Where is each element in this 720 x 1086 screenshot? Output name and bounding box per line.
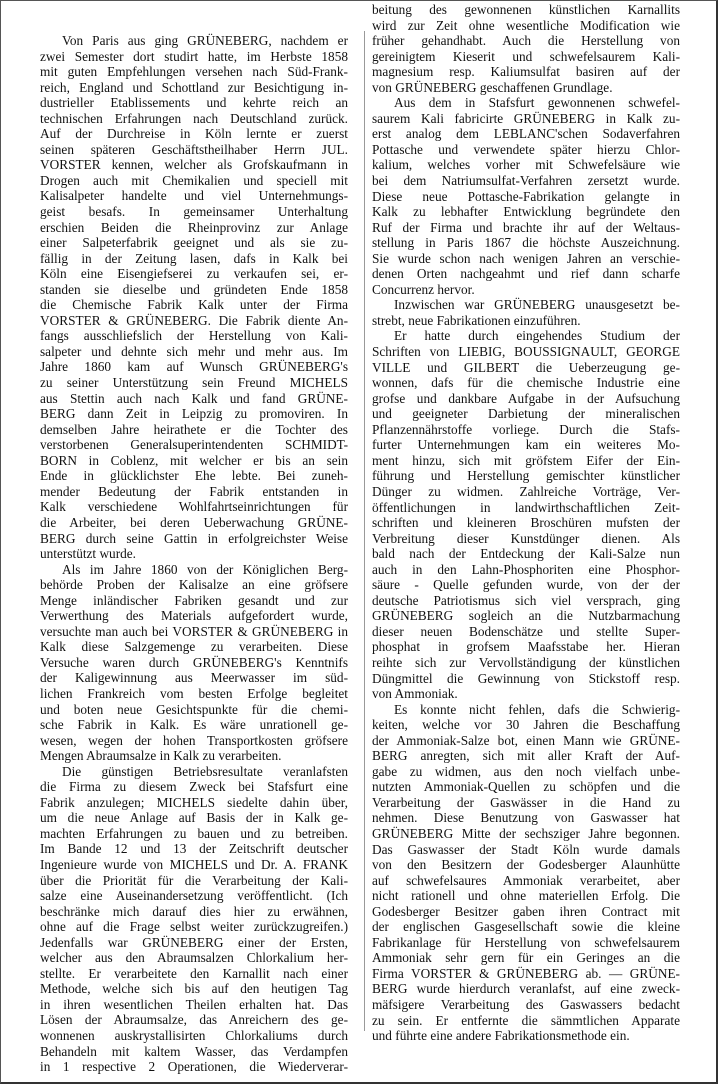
text-line: wird zur Zeit ohne wesentliche Modificat… xyxy=(372,18,680,34)
text-line: saurem Kali fabricirte GRÜNEBERG in Kalk… xyxy=(372,111,680,127)
text-line: Pottasche und verwendete später hierzu C… xyxy=(372,142,680,158)
text-line: in 1 respective 2 Operationen, die Wiede… xyxy=(40,1059,348,1075)
text-line: versuchte man auch bei VORSTER & GRÜNEBE… xyxy=(40,624,348,640)
text-line: Ruf der Firma und brachte ihr auf der We… xyxy=(372,220,680,236)
text-line: wonnenen auskrystallisirten Chlorkaliums… xyxy=(40,1028,348,1044)
text-line: BERG anregten, sich mit aller Kraft der … xyxy=(372,748,680,764)
text-line: GRÜNEBERG Mitte der sechsziger Jahre beg… xyxy=(372,826,680,842)
text-line: phosphat in grofsem Maafsstabe her. Hier… xyxy=(372,639,680,655)
text-line: Drogen auch mit Chemikalien und speciell… xyxy=(40,173,348,189)
text-line: mit guten Empfehlungen versehen nach Süd… xyxy=(40,64,348,80)
text-line: Mengen Abraumsalze in Kalk zu verarbeite… xyxy=(40,748,348,764)
text-line: fangs ausschliefslich der Herstellung vo… xyxy=(40,328,348,344)
text-line: dustrieller Etablissements und kehrte re… xyxy=(40,95,348,111)
text-line: beschränke mich darauf dies hier zu erwä… xyxy=(40,904,348,920)
text-line: Schriften von LIEBIG, BOUSSIGNAULT, GEOR… xyxy=(372,344,680,360)
text-line: Aus dem in Stafsfurt gewonnenen schwefel… xyxy=(372,95,680,111)
text-line: mender Bedeutung der Fabrik entstanden i… xyxy=(40,484,348,500)
text-line: Jedenfalls war GRÜNEBERG einer der Erste… xyxy=(40,935,348,951)
text-line: die Arbeiter, bei deren Ueberwachung GRÜ… xyxy=(40,515,348,531)
text-line: reihte sich zur Vervollständigung der kü… xyxy=(372,655,680,671)
text-line: Lösen der Abraumsalze, das Anreichern de… xyxy=(40,1012,348,1028)
text-line: Diese neue Pottasche-Fabrikation gelangt… xyxy=(372,189,680,205)
text-line: zu sein. Er entfernte die sämmtlichen Ap… xyxy=(372,1013,680,1029)
text-line: nehmen. Diese Benutzung von Gaswasser ha… xyxy=(372,810,680,826)
text-line: Ende in glücklichster Ehe lebte. Bei zun… xyxy=(40,468,348,484)
text-line: der Kaligewinnung aus Meerwasser im süd- xyxy=(40,670,348,686)
text-line: Kalk zu lebhafter Entwicklung begründete… xyxy=(372,204,680,220)
text-line: Von Paris aus ging GRÜNEBERG, nachdem er xyxy=(40,33,348,49)
text-line: säure - Quelle gefunden wurde, von der d… xyxy=(372,577,680,593)
text-line: machten Erfahrungen zu bauen und zu betr… xyxy=(40,826,348,842)
text-line: einer Salpeterfabrik geeignet und als si… xyxy=(40,235,348,251)
text-line: deutsche Patriotismus sich viel versprac… xyxy=(372,593,680,609)
text-line: auf schwefelsaures Ammoniak verarbeitet,… xyxy=(372,873,680,889)
text-line: und geeigneter Darbietung der mineralisc… xyxy=(372,406,680,422)
text-line: Ammoniak sehr gern für ein Geringes an d… xyxy=(372,950,680,966)
text-line: Die günstigen Betriebsresultate veranlaf… xyxy=(40,764,348,780)
text-line: kalium, welches vorher mit Schwefelsäure… xyxy=(372,157,680,173)
text-line: BERG durch seine Gattin in erfolgreichst… xyxy=(40,531,348,547)
text-line: Das Gaswasser der Stadt Köln wurde damal… xyxy=(372,842,680,858)
text-line: grofse und dankbare Aufgabe in der Aufsu… xyxy=(372,391,680,407)
text-line: Verbreitung dieser Kunstdünger dienen. A… xyxy=(372,531,680,547)
text-line: Kalk verschiedene Wohlfahrtseinrichtunge… xyxy=(40,499,348,515)
text-line: sche Fabrik in Kalk. Es wäre unrationell… xyxy=(40,717,348,733)
text-line: salpeter und dehnte sich mehr und mehr a… xyxy=(40,344,348,360)
text-line: der englischen Gasgesellschaft sowie die… xyxy=(372,919,680,935)
text-line: von GRÜNEBERG geschaffenen Grundlage. xyxy=(372,80,680,96)
text-line: dieser neuen Bodenschätze und stellte Su… xyxy=(372,624,680,640)
text-line: salze eine Auseinandersetzung veröffentl… xyxy=(40,888,348,904)
text-line: welcher aus den Abraumsalzen Chlorkalium… xyxy=(40,950,348,966)
text-line: beitung des gewonnenen künstlichen Karna… xyxy=(372,2,680,18)
text-line: nutzten Ammoniak-Quellen zu schöpfen und… xyxy=(372,779,680,795)
text-line: bei dem Natriumsulfat-Verfahren zersetzt… xyxy=(372,173,680,189)
text-line: geist besafs. In gemeinsamer Unterhaltun… xyxy=(40,204,348,220)
text-line: reich, England und Schottland zur Besich… xyxy=(40,80,348,96)
text-line: strebt, neue Fabrikationen einzuführen. xyxy=(372,313,680,329)
text-line: führung und Herstellung gemischter künst… xyxy=(372,468,680,484)
text-line: Fabrikanlage für Herstellung von schwefe… xyxy=(372,935,680,951)
left-column: Von Paris aus ging GRÜNEBERG, nachdem er… xyxy=(40,33,348,1075)
text-line: Inzwischen war GRÜNEBERG unausgesetzt be… xyxy=(372,297,680,313)
text-line: technischen Erfahrungen nach Deutschland… xyxy=(40,111,348,127)
text-line: GRÜNEBERG sogleich an die Nutzbarmachung xyxy=(372,608,680,624)
text-line: Kalk diese Salzgemenge zu verarbeiten. D… xyxy=(40,639,348,655)
text-line: schriften und kleineren Broschüren mufst… xyxy=(372,515,680,531)
text-line: stellte. Er verarbeitete den Karnallit n… xyxy=(40,966,348,982)
text-line: magnesium resp. Kaliumsulfat basiren auf… xyxy=(372,64,680,80)
text-line: bald nach der Entdeckung der Kali-Salze … xyxy=(372,546,680,562)
text-line: ohne auf die Frage selbst weiter zurückz… xyxy=(40,919,348,935)
column-divider xyxy=(364,31,365,1031)
text-line: mäfsigere Verarbeitung des Gaswassers be… xyxy=(372,997,680,1013)
text-line: verstorbenen Generalsuperintendenten SCH… xyxy=(40,437,348,453)
text-line: die Firma zu diesem Zweck bei Stafsfurt … xyxy=(40,779,348,795)
text-line: stellung in Paris 1867 die höchste Ausze… xyxy=(372,235,680,251)
text-line: Auf der Durchreise in Köln lernte er zue… xyxy=(40,126,348,142)
text-line: BORN in Coblenz, mit welcher er bis an s… xyxy=(40,453,348,469)
text-line: fällig in der Zeitung lasen, dafs in Kal… xyxy=(40,251,348,267)
text-line: Behandeln mit kaltem Wasser, das Verdamp… xyxy=(40,1044,348,1060)
text-line: Kalisalpeter handelte und viel Unternehm… xyxy=(40,188,348,204)
text-line: auch in den Lahn-Phosphoriten eine Phosp… xyxy=(372,562,680,578)
text-line: Versuche waren durch GRÜNEBERG's Kenntni… xyxy=(40,655,348,671)
text-line: Sie wurde schon nach wenigen Jahren an v… xyxy=(372,251,680,267)
text-line: und boten neue Gesichtspunkte für die ch… xyxy=(40,702,348,718)
text-line: wesen, wegen der hohen Transportkosten g… xyxy=(40,733,348,749)
text-line: Im Bande 12 und 13 der Zeitschrift deuts… xyxy=(40,841,348,857)
text-line: keiten, welche vor 30 Jahren die Beschaf… xyxy=(372,717,680,733)
document-page: Von Paris aus ging GRÜNEBERG, nachdem er… xyxy=(0,0,718,1084)
text-line: nicht rationell und ohne materiellen Erf… xyxy=(372,888,680,904)
text-line: Firma VORSTER & GRÜNEBERG ab. — GRÜNE- xyxy=(372,966,680,982)
text-line: lichen Frankreich vom besten Erfolge beg… xyxy=(40,686,348,702)
text-line: demselben Jahre heirathete er die Tochte… xyxy=(40,422,348,438)
text-line: furter Unternehmungen kam ein weiteres M… xyxy=(372,437,680,453)
text-line: VILLE und GILBERT die Ueberzeugung ge- xyxy=(372,360,680,376)
text-line: wonnen, dafs für die chemische Industrie… xyxy=(372,375,680,391)
text-line: standen sie dieselbe und gründeten Ende … xyxy=(40,282,348,298)
text-line: über die Priorität für die Verarbeitung … xyxy=(40,873,348,889)
text-line: Godesberger Besitzer gaben ihren Contrac… xyxy=(372,904,680,920)
text-line: zwei Semester dort studirt hatte, im Her… xyxy=(40,49,348,65)
text-line: öffentlichungen in landwirthschaftlichen… xyxy=(372,500,680,516)
text-line: Fabrik anzulegen; MICHELS siedelte dahin… xyxy=(40,795,348,811)
text-line: Pflanzennährstoffe vorliege. Durch die S… xyxy=(372,422,680,438)
text-line: seinen späteren Geschäftstheilhaber Herr… xyxy=(40,142,348,158)
text-line: Verarbeitung der Gaswässer in die Hand z… xyxy=(372,795,680,811)
right-column: beitung des gewonnenen künstlichen Karna… xyxy=(372,2,680,1044)
text-line: Er hatte durch eingehendes Studium der xyxy=(372,328,680,344)
text-line: erst analog dem LEBLANC'schen Sodaverfah… xyxy=(372,126,680,142)
text-line: aus Stettin auch nach Kalk und fand GRÜN… xyxy=(40,391,348,407)
text-line: Concurrenz hervor. xyxy=(372,282,680,298)
text-line: Methode, welche sich bis auf den heutige… xyxy=(40,981,348,997)
text-line: BERG wurde hierdurch veranlafst, auf ein… xyxy=(372,981,680,997)
text-line: Düngmittel die Gewinnung von Stickstoff … xyxy=(372,671,680,687)
text-line: unterstützt wurde. xyxy=(40,546,348,562)
text-line: früher gehandhabt. Auch die Herstellung … xyxy=(372,33,680,49)
text-line: gabe zu widmen, aus den noch vielfach un… xyxy=(372,764,680,780)
text-line: der Ammoniak-Salze bot, einen Mann wie G… xyxy=(372,733,680,749)
text-line: VORSTER kennen, welcher als Grofskaufman… xyxy=(40,157,348,173)
text-line: von Ammoniak. xyxy=(372,686,680,702)
text-line: behörde Proben der Kalisalze an eine grö… xyxy=(40,577,348,593)
text-line: in ihren wesentlichen Theilen erhalten h… xyxy=(40,997,348,1013)
text-line: Als im Jahre 1860 von der Königlichen Be… xyxy=(40,562,348,578)
text-line: denen Orten nachgeahmt und rief dann sch… xyxy=(372,266,680,282)
text-line: Dünger zu widmen. Zahlreiche Vorträge, V… xyxy=(372,484,680,500)
text-line: Es konnte nicht fehlen, dafs die Schwier… xyxy=(372,702,680,718)
text-line: gereinigtem Kieserit und schwefelsaurem … xyxy=(372,49,680,65)
text-line: VORSTER & GRÜNEBERG. Die Fabrik diente A… xyxy=(40,313,348,329)
text-line: BERG dann Zeit in Leipzig zu promoviren.… xyxy=(40,406,348,422)
text-line: Ingenieure wurde von MICHELS und Dr. A. … xyxy=(40,857,348,873)
text-line: ment hinzu, sich mit gröfstem Eifer der … xyxy=(372,453,680,469)
text-line: um die neue Anlage auf Basis der in Kalk… xyxy=(40,810,348,826)
text-line: von den Besitzern der Godesberger Alaunh… xyxy=(372,857,680,873)
text-line: Menge inländischer Fabriken gesandt und … xyxy=(40,593,348,609)
text-line: zu seiner Unterstützung sein Freund MICH… xyxy=(40,375,348,391)
text-line: Jahre 1860 kam auf Wunsch GRÜNEBERG's xyxy=(40,359,348,375)
text-line: die Chemische Fabrik Kalk unter der Firm… xyxy=(40,297,348,313)
text-line: und führte eine andere Fabrikationsmetho… xyxy=(372,1028,680,1044)
text-line: erschien Beiden die Rheinprovinz zur Anl… xyxy=(40,220,348,236)
text-line: Köln eine Eisengiefserei zu verkaufen se… xyxy=(40,266,348,282)
text-line: Verwerthung des Materials aufgefordert w… xyxy=(40,608,348,624)
